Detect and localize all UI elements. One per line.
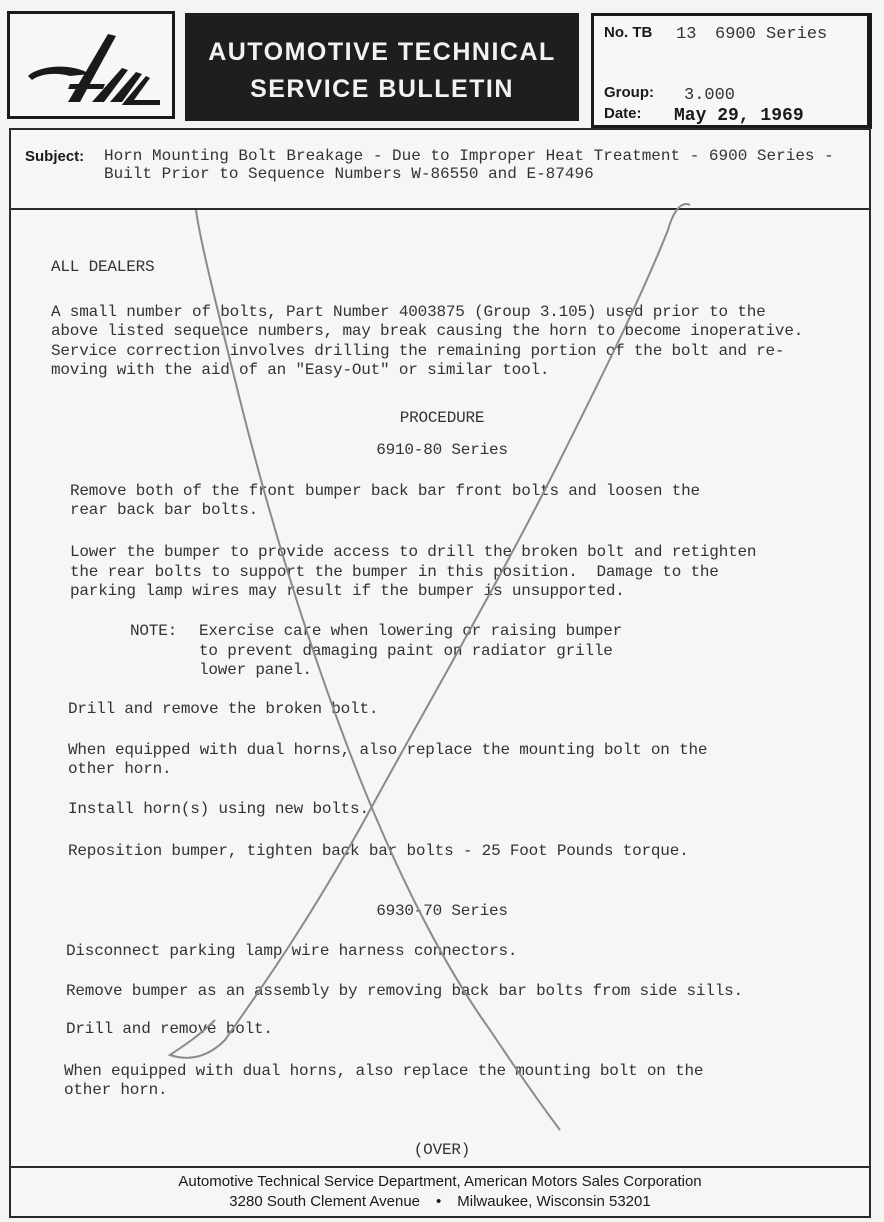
note-line-2: to prevent damaging paint on radiator gr… xyxy=(199,642,613,661)
s1-step3: Drill and remove the broken bolt. xyxy=(68,700,378,719)
s2-step3: Drill and remove bolt. xyxy=(66,1020,273,1039)
s1-step2-line1: Lower the bumper to provide access to dr… xyxy=(70,543,756,562)
intro-line-1: A small number of bolts, Part Number 400… xyxy=(51,303,766,322)
s1-step5: Install horn(s) using new bolts. xyxy=(68,800,369,819)
s1-step4-line1: When equipped with dual horns, also repl… xyxy=(68,741,707,760)
s1-step2-line2: the rear bolts to support the bumper in … xyxy=(70,563,719,582)
intro-line-3: Service correction involves drilling the… xyxy=(51,342,784,361)
s1-step1-line1: Remove both of the front bumper back bar… xyxy=(70,482,700,501)
note-line-1: Exercise care when lowering or raising b… xyxy=(199,622,622,641)
number-label: No. TB xyxy=(604,24,652,41)
section2-heading: 6930-70 Series xyxy=(0,902,884,921)
group-label: Group: xyxy=(604,84,654,101)
subject-line-2: Built Prior to Sequence Numbers W-86550 … xyxy=(104,165,594,183)
footer-department: Automotive Technical Service Department,… xyxy=(11,1172,869,1192)
number-value: 13 xyxy=(676,25,696,44)
date-value: May 29, 1969 xyxy=(674,106,804,126)
group-value: 3.000 xyxy=(684,86,735,105)
footer-city: Milwaukee, Wisconsin 53201 xyxy=(457,1193,650,1210)
procedure-heading: PROCEDURE xyxy=(0,409,884,428)
s2-step4-line2: other horn. xyxy=(64,1081,167,1100)
subject-label: Subject: xyxy=(25,148,84,165)
bulletin-frame: Subject: Horn Mounting Bolt Breakage - D… xyxy=(9,128,871,1218)
s2-step1: Disconnect parking lamp wire harness con… xyxy=(66,942,517,961)
intro-line-4: moving with the aid of an "Easy-Out" or … xyxy=(51,361,549,380)
bulletin-title-banner: AUTOMOTIVE TECHNICAL SERVICE BULLETIN xyxy=(185,13,579,121)
footer-street: 3280 South Clement Avenue xyxy=(229,1193,420,1210)
subject-text: Horn Mounting Bolt Breakage - Due to Imp… xyxy=(104,147,864,183)
intro-line-2: above listed sequence numbers, may break… xyxy=(51,322,803,341)
s1-step1-line2: rear back bar bolts. xyxy=(70,501,258,520)
date-label: Date: xyxy=(604,105,642,122)
title-line-1: AUTOMOTIVE TECHNICAL xyxy=(185,38,579,67)
subject-section: Subject: Horn Mounting Bolt Breakage - D… xyxy=(11,130,869,210)
salutation: ALL DEALERS xyxy=(51,258,154,277)
am-logo xyxy=(7,11,175,119)
footer: Automotive Technical Service Department,… xyxy=(11,1166,869,1216)
s2-step2: Remove bumper as an assembly by removing… xyxy=(66,982,743,1001)
footer-address-line: 3280 South Clement Avenue•Milwaukee, Wis… xyxy=(11,1192,869,1212)
am-logo-icon xyxy=(10,14,172,116)
subject-line-1: Horn Mounting Bolt Breakage - Due to Imp… xyxy=(104,147,834,165)
note-label: NOTE: xyxy=(130,622,177,641)
section1-heading: 6910-80 Series xyxy=(0,441,884,460)
bullet-separator: • xyxy=(436,1193,441,1210)
over-indicator: (OVER) xyxy=(0,1141,884,1160)
s1-step6: Reposition bumper, tighten back bar bolt… xyxy=(68,842,689,861)
s1-step4-line2: other horn. xyxy=(68,760,171,779)
bulletin-info-box: No. TB 13 6900 Series Group: 3.000 Date:… xyxy=(591,13,872,129)
s2-step4-line1: When equipped with dual horns, also repl… xyxy=(64,1062,703,1081)
title-line-2: SERVICE BULLETIN xyxy=(185,75,579,104)
s1-step2-line3: parking lamp wires may result if the bum… xyxy=(70,582,625,601)
series-value: 6900 Series xyxy=(715,25,827,44)
note-line-3: lower panel. xyxy=(199,661,312,680)
